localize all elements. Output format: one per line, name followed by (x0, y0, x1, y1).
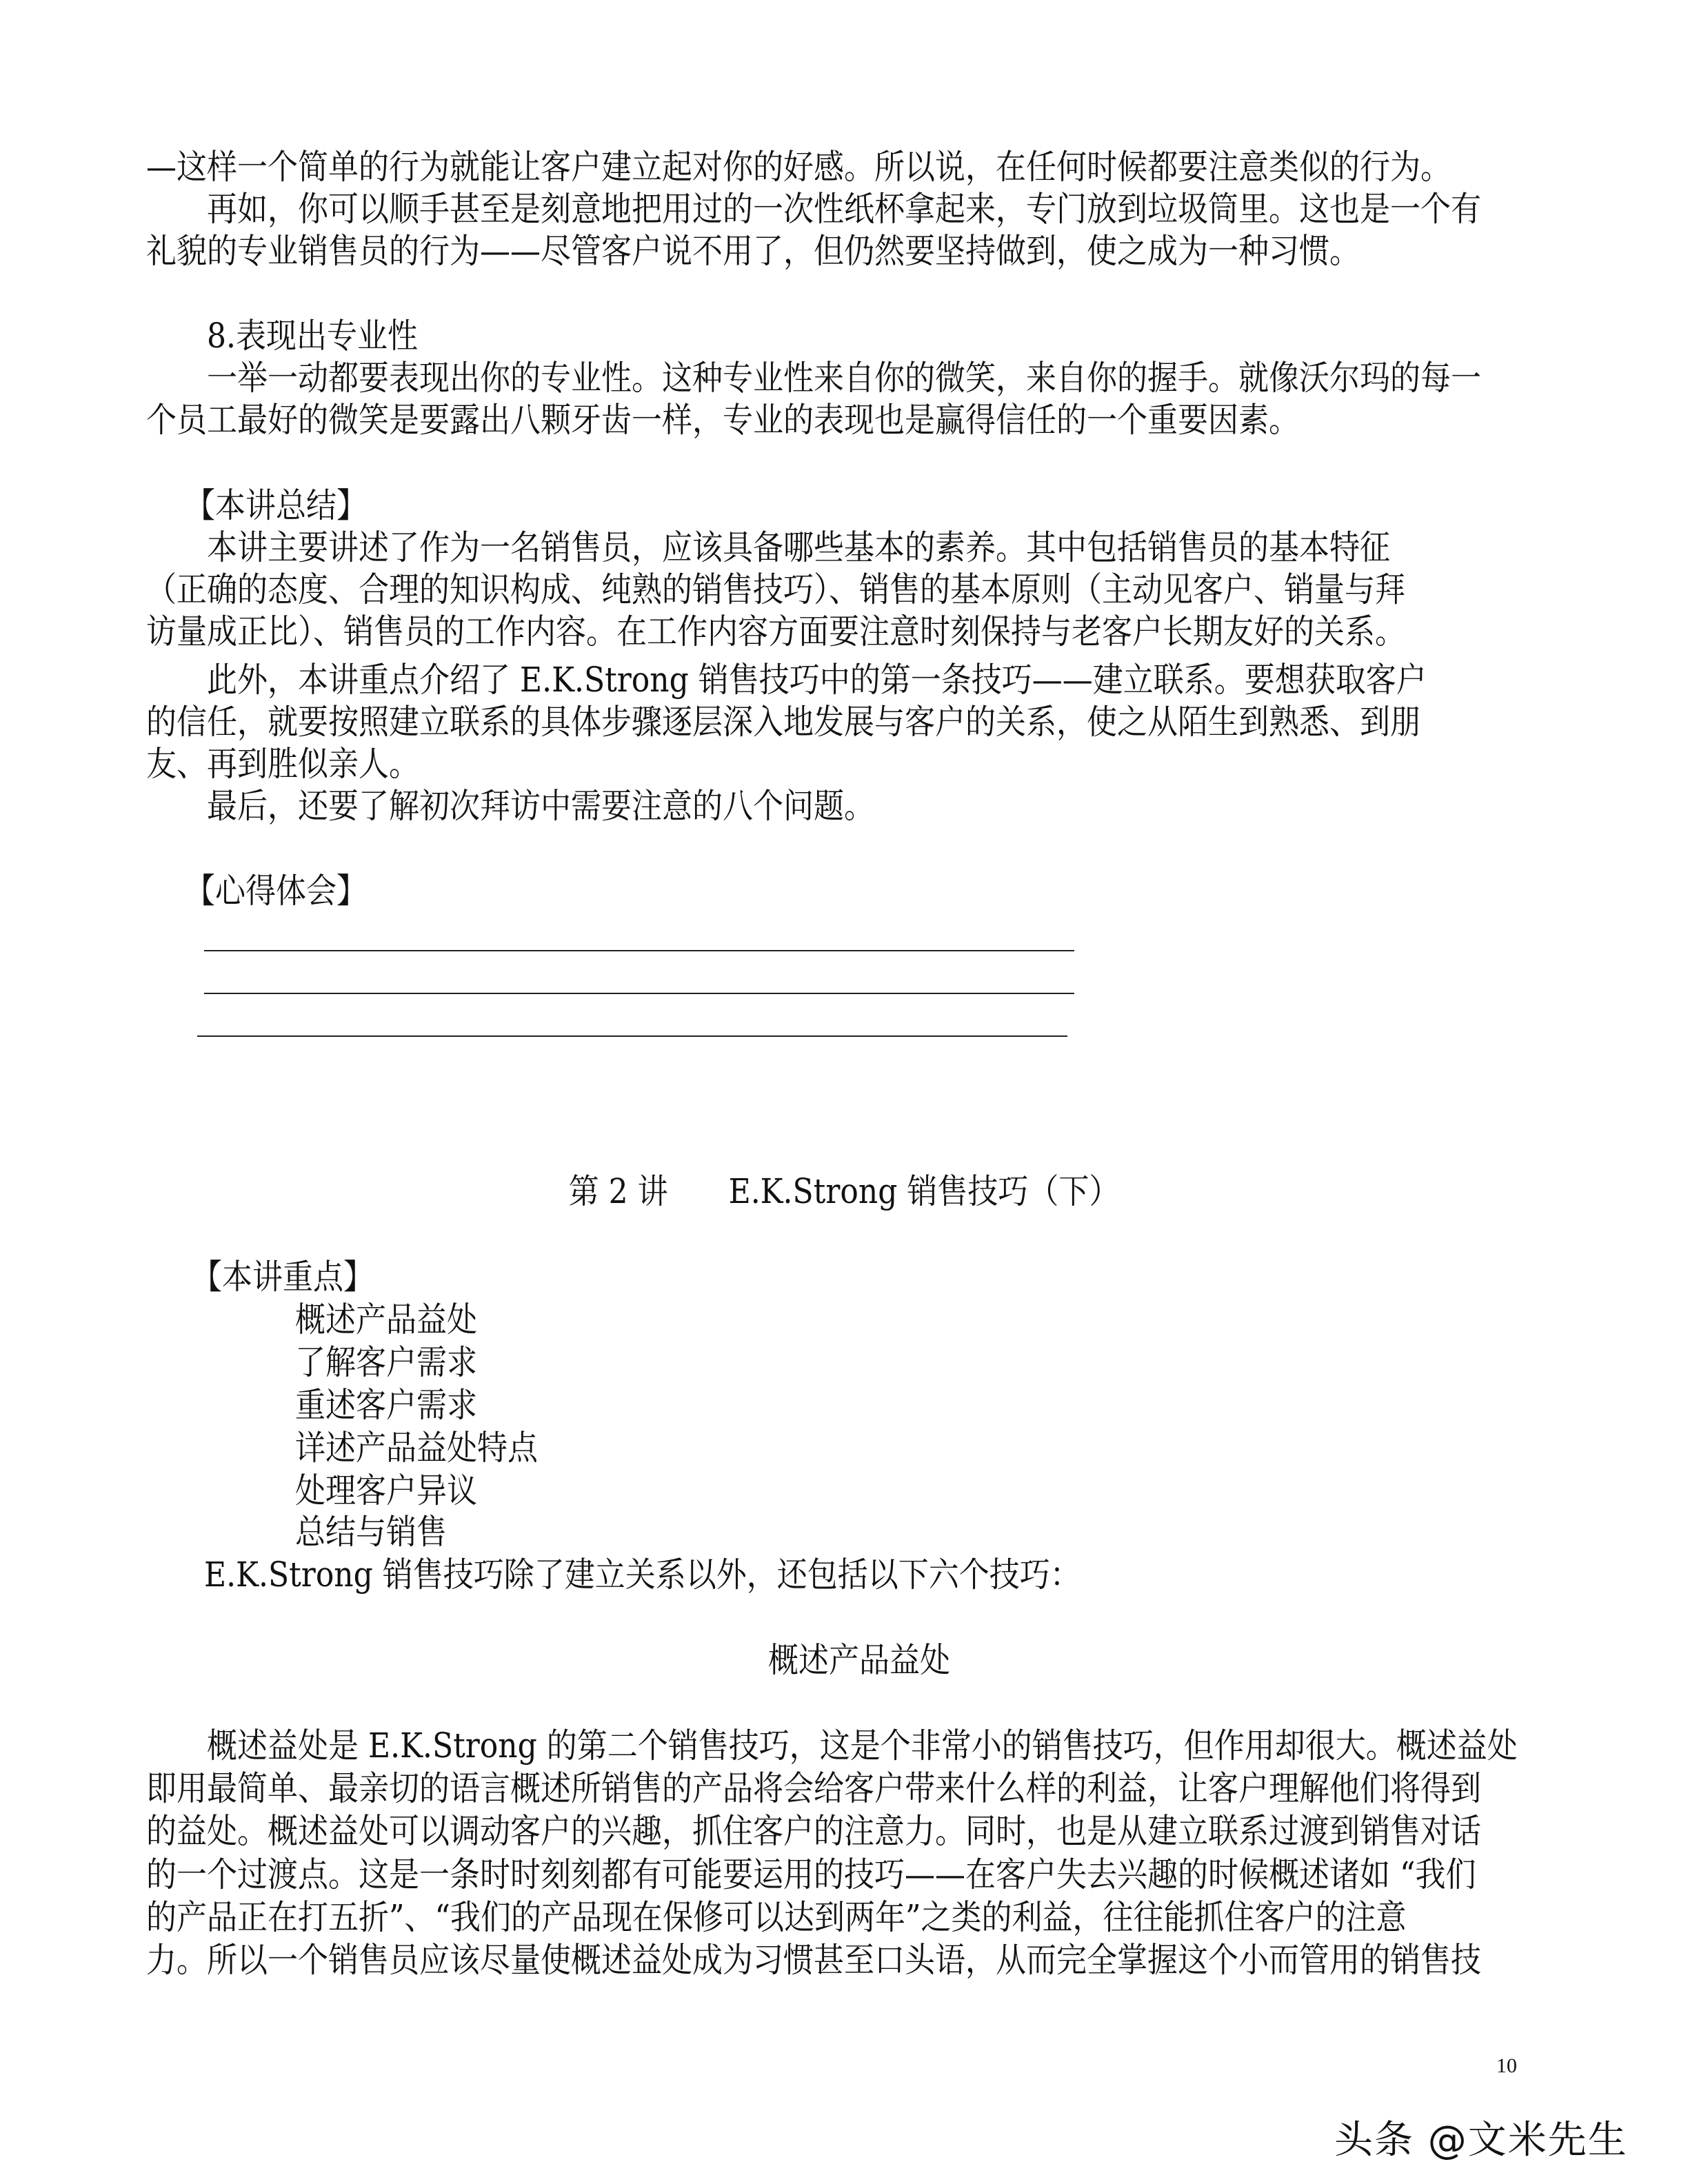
subsection-title: 概述产品益处 (768, 1639, 950, 1683)
body-line: 友、再到胜似亲人。 (146, 743, 419, 787)
key-point-item: 详述产品益处特点 (295, 1427, 538, 1470)
key-points-heading: 【本讲重点】 (192, 1256, 374, 1300)
body-line: 访量成正比）、销售员的工作内容。在工作内容方面要注意时刻保持与老客户长期友好的关… (146, 611, 1405, 654)
key-point-item: 总结与销售 (295, 1511, 447, 1555)
body-line: 再如，你可以顺手甚至是刻意地把用过的一次性纸杯拿起来，专门放到垃圾筒里。这也是一… (207, 188, 1481, 232)
key-point-item: 处理客户异议 (295, 1470, 477, 1513)
page-number: 10 (1496, 2054, 1517, 2078)
body-line: 的信任，就要按照建立联系的具体步骤逐层深入地发展与客户的关系，使之从陌生到熟悉、… (146, 701, 1420, 745)
body-line: 力。所以一个销售员应该尽量使概述益处成为习惯甚至口头语，从而完全掌握这个小而管用… (146, 1939, 1481, 1983)
body-line: 的益处。概述益处可以调动客户的兴趣，抓住客户的注意力。同时，也是从建立联系过渡到… (146, 1810, 1481, 1854)
body-line: 的产品正在打五折”、“我们的产品现在保修可以达到两年”之类的利益，往往能抓住客户… (146, 1897, 1406, 1940)
writing-line (204, 993, 1074, 994)
key-point-item: 了解客户需求 (295, 1342, 477, 1385)
body-line: 此外，本讲重点介绍了 E.K.Strong 销售技巧中的第一条技巧——建立联系。… (207, 659, 1427, 702)
body-line: 最后，还要了解初次拜访中需要注意的八个问题。 (207, 785, 874, 829)
body-line: 即用最简单、最亲切的语言概述所销售的产品将会给客户带来什么样的利益，让客户理解他… (146, 1768, 1481, 1811)
body-line: 概述益处是 E.K.Strong 的第二个销售技巧，这是个非常小的销售技巧，但作… (207, 1725, 1518, 1768)
writing-line (204, 950, 1074, 951)
lecture-title: 第 2 讲 E.K.Strong 销售技巧（下） (0, 1171, 1688, 1214)
body-line: 礼貌的专业销售员的行为——尽管客户说不用了，但仍然要坚持做到，使之成为一种习惯。 (146, 230, 1360, 274)
summary-heading: 【本讲总结】 (185, 485, 367, 528)
body-line: （正确的态度、合理的知识构成、纯熟的销售技巧）、销售的基本原则（主动见客户、销量… (146, 569, 1405, 612)
intro-line: E.K.Strong 销售技巧除了建立关系以外，还包括以下六个技巧： (204, 1554, 1081, 1597)
section-heading: 8.表现出专业性 (207, 315, 418, 358)
body-line: 一举一动都要表现出你的专业性。这种专业性来自你的微笑，来自你的握手。就像沃尔玛的… (207, 357, 1481, 401)
body-line: 的一个过渡点。这是一条时时刻刻都有可能要运用的技巧——在客户失去兴趣的时候概述诸… (146, 1854, 1476, 1897)
key-point-item: 重述客户需求 (295, 1384, 477, 1428)
body-line: 本讲主要讲述了作为一名销售员，应该具备哪些基本的素养。其中包括销售员的基本特征 (207, 527, 1390, 570)
body-line: 个员工最好的微笑是要露出八颗牙齿一样，专业的表现也是赢得信任的一个重要因素。 (146, 399, 1299, 443)
writing-line (197, 1035, 1067, 1037)
body-line: —这样一个简单的行为就能让客户建立起对你的好感。所以说，在任何时候都要注意类似的… (146, 146, 1451, 190)
reflection-heading: 【心得体会】 (185, 870, 367, 913)
watermark: 头条 @文米先生 (1334, 2110, 1628, 2165)
key-point-item: 概述产品益处 (295, 1299, 477, 1342)
